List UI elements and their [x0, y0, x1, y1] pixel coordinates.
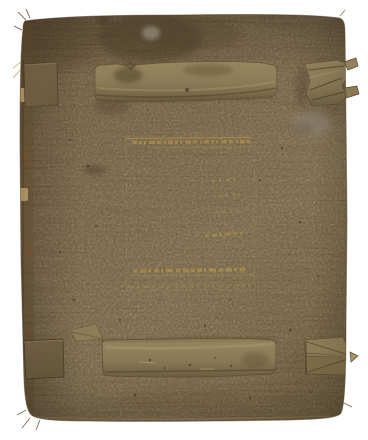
book-cover-scene — [0, 0, 368, 440]
vignette — [18, 12, 350, 426]
cover-surface-detail — [13, 12, 351, 426]
book-cover — [13, 9, 359, 430]
photograph-of-book-cover — [0, 0, 368, 440]
